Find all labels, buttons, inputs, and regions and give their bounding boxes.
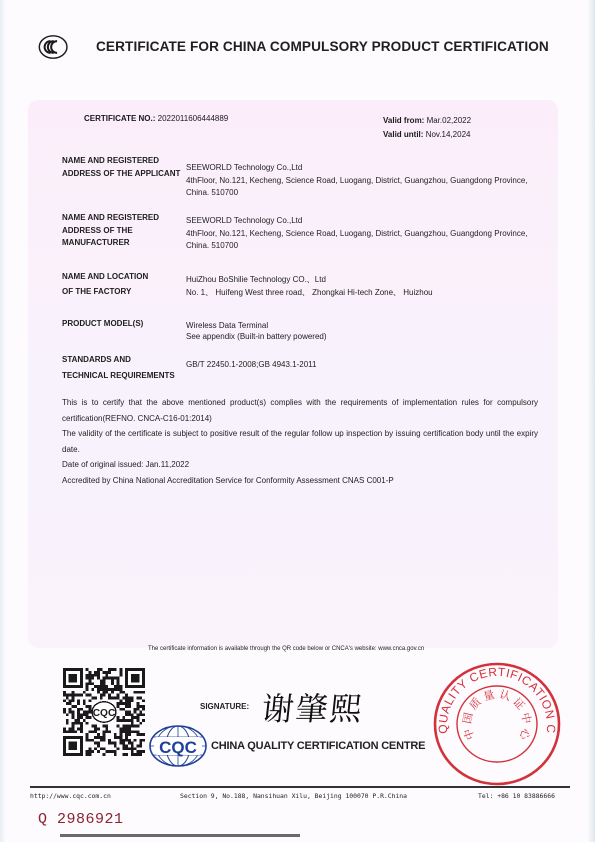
standards-field: STANDARDS AND TECHNICAL REQUIREMENTS GB/…: [62, 352, 552, 382]
cqc-logo-icon: CQC: [148, 724, 208, 768]
certify-text: This is to certify that the above mentio…: [62, 395, 538, 426]
label-line: NAME AND LOCATION: [62, 269, 182, 284]
value-line: GB/T 22450.1-2008;GB 4943.1-2011: [186, 359, 546, 372]
label-line: OF THE FACTORY: [62, 284, 182, 299]
svg-text:心: 心: [516, 727, 532, 743]
footer-website[interactable]: http://www.cqc.com.cn: [30, 792, 111, 800]
label-line: TECHNICAL REQUIREMENTS: [62, 368, 182, 384]
document-title: CERTIFICATE FOR CHINA COMPULSORY PRODUCT…: [96, 39, 549, 55]
factory-field: NAME AND LOCATION OF THE FACTORY HuiZhou…: [62, 269, 552, 303]
applicant-label: NAME AND REGISTERED ADDRESS OF THE APPLI…: [62, 155, 182, 180]
value-line: SEEWORLD Technology Co.,Ltd: [186, 162, 546, 175]
value-line: 4thFloor, No.121, Kecheng, Science Road,…: [186, 175, 546, 188]
product-model-value: Wireless Data Terminal See appendix (Bui…: [186, 320, 546, 342]
svg-text:CQC: CQC: [159, 738, 197, 757]
value-line: China. 510700: [186, 240, 546, 253]
value-line: Wireless Data Terminal: [186, 320, 546, 331]
product-model-field: PRODUCT MODEL(S) Wireless Data Terminal …: [62, 318, 552, 344]
svg-text:认: 认: [498, 687, 512, 703]
certificate-number-value: 2022011606444889: [158, 114, 229, 123]
standards-value: GB/T 22450.1-2008;GB 4943.1-2011: [186, 359, 546, 372]
official-seal-icon: CHINA QUALITY CERTIFICATION CENTRE 中国质量认…: [428, 658, 566, 788]
signature-label: SIGNATURE:: [200, 702, 249, 711]
svg-text:量: 量: [482, 688, 496, 703]
svg-text:中: 中: [460, 727, 477, 742]
applicant-field: NAME AND REGISTERED ADDRESS OF THE APPLI…: [62, 155, 552, 203]
serial-number: Q 2986921: [38, 811, 124, 828]
standards-label: STANDARDS AND TECHNICAL REQUIREMENTS: [62, 352, 182, 384]
label-line: ADDRESS OF THE: [62, 225, 182, 238]
label-line: ADDRESS OF THE APPLICANT: [62, 168, 182, 181]
manufacturer-field: NAME AND REGISTERED ADDRESS OF THE MANUF…: [62, 212, 552, 260]
valid-from-label: Valid from:: [383, 116, 424, 125]
value-line: HuiZhou BoShilie Technology CO.、Ltd: [186, 274, 546, 287]
validity-period: Valid from: Mar.02,2022 Valid until: Nov…: [383, 114, 471, 142]
footer-address: Section 9, No.188, Nansihuan Xilu, Beiji…: [180, 792, 407, 800]
applicant-value: SEEWORLD Technology Co.,Ltd 4thFloor, No…: [186, 162, 546, 200]
valid-from: Valid from: Mar.02,2022: [383, 114, 471, 128]
validity-text: The validity of the certificate is subje…: [62, 426, 538, 457]
certificate-number: CERTIFICATE NO.: 2022011606444889: [84, 114, 228, 123]
valid-from-value: Mar.02,2022: [427, 116, 471, 125]
valid-until: Valid until: Nov.14,2024: [383, 128, 471, 142]
ccc-mark-icon: [38, 28, 68, 66]
verification-info: The certificate information is available…: [148, 646, 424, 652]
certificate-number-label: CERTIFICATE NO.:: [84, 114, 155, 123]
svg-text:国: 国: [461, 711, 476, 724]
footer-tel: Tel: +86 10 83886666: [478, 792, 555, 800]
svg-text:CQC: CQC: [93, 708, 116, 719]
label-line: STANDARDS AND: [62, 352, 182, 368]
value-line: No. 1、 Huifeng West three road、 Zhongkai…: [186, 287, 546, 300]
footer-divider: [30, 786, 570, 788]
label-line: PRODUCT MODEL(S): [62, 318, 182, 331]
issuer-name: CHINA QUALITY CERTIFICATION CENTRE: [211, 740, 425, 752]
original-issue-date: Date of original issued: Jan.11,2022: [62, 457, 538, 473]
factory-label: NAME AND LOCATION OF THE FACTORY: [62, 269, 182, 299]
header: CERTIFICATE FOR CHINA COMPULSORY PRODUCT…: [38, 25, 568, 69]
qr-code[interactable]: CQC: [63, 668, 145, 756]
value-line: China. 510700: [186, 187, 546, 200]
valid-until-label: Valid until:: [383, 130, 423, 139]
certificate-page: CERTIFICATE FOR CHINA COMPULSORY PRODUCT…: [0, 0, 595, 842]
manufacturer-label: NAME AND REGISTERED ADDRESS OF THE MANUF…: [62, 212, 182, 250]
certification-statement: This is to certify that the above mentio…: [62, 395, 538, 488]
factory-value: HuiZhou BoShilie Technology CO.、Ltd No. …: [186, 274, 546, 299]
label-line: NAME AND REGISTERED: [62, 212, 182, 225]
product-model-label: PRODUCT MODEL(S): [62, 318, 182, 331]
accreditation-text: Accredited by China National Accreditati…: [62, 473, 538, 489]
label-line: MANUFACTURER: [62, 237, 182, 250]
svg-text:中: 中: [518, 711, 534, 725]
manufacturer-value: SEEWORLD Technology Co.,Ltd 4thFloor, No…: [186, 215, 546, 253]
value-line: SEEWORLD Technology Co.,Ltd: [186, 215, 546, 228]
label-line: NAME AND REGISTERED: [62, 155, 182, 168]
value-line: 4thFloor, No.121, Kecheng, Science Road,…: [186, 228, 546, 241]
valid-until-value: Nov.14,2024: [426, 130, 471, 139]
signature: 谢肇熙: [260, 684, 367, 730]
value-line: See appendix (Built-in battery powered): [186, 331, 546, 342]
page-edge-shadow: [60, 834, 300, 837]
svg-text:证: 证: [510, 695, 527, 712]
